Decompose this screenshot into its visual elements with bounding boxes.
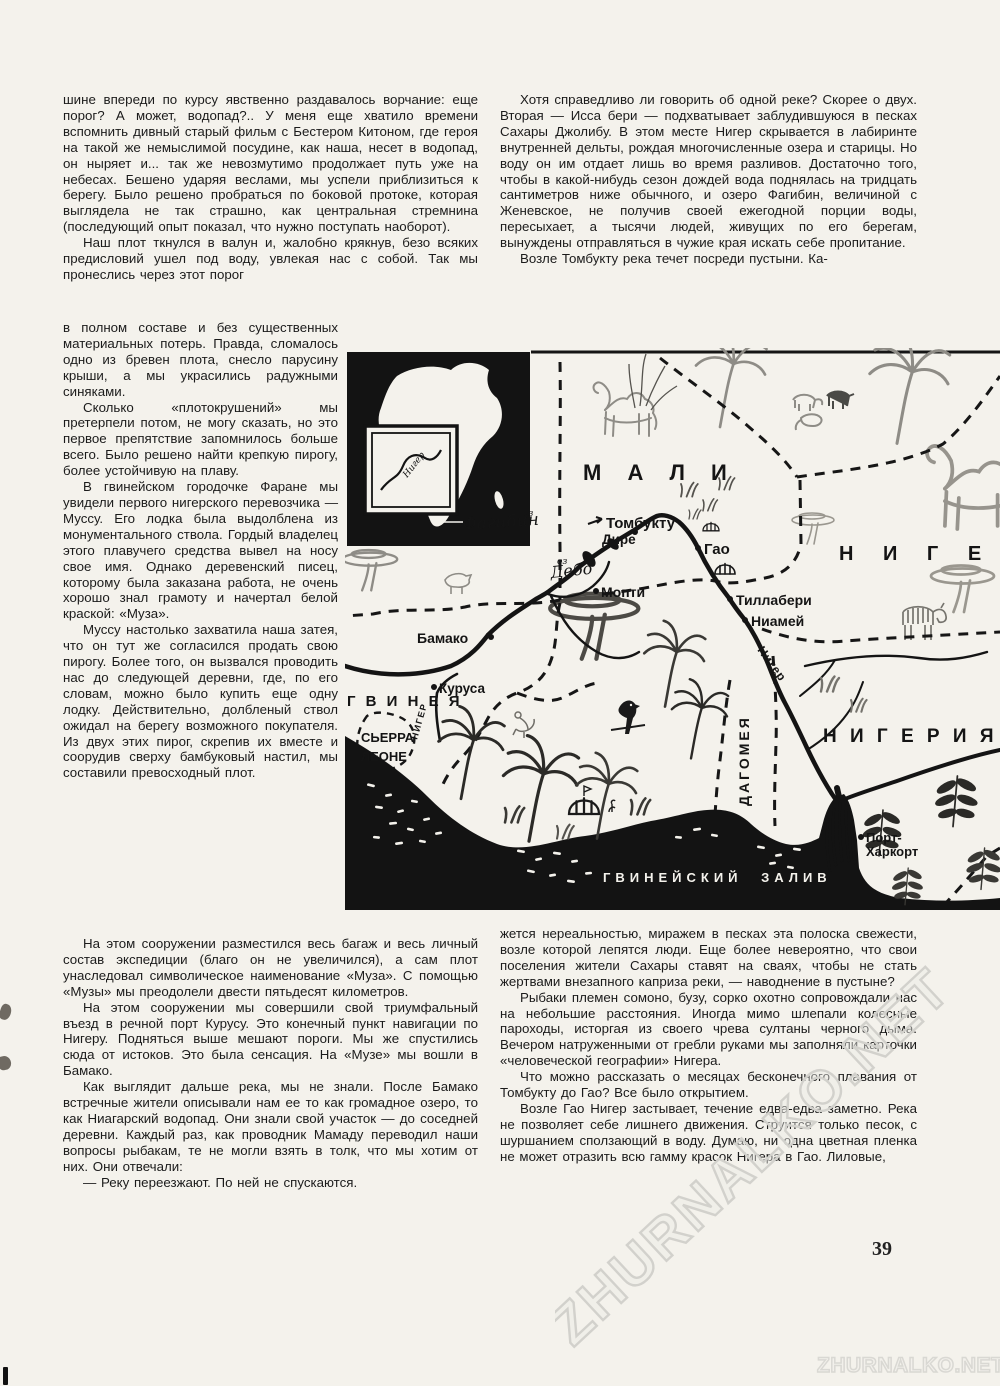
- timbuktu-arrow: [588, 517, 602, 524]
- large-camel-illustration: [927, 446, 1000, 529]
- paragraph: Что можно рассказать о месяцах бесконечн…: [500, 1069, 917, 1101]
- monkey-illustration: [513, 712, 534, 738]
- paragraph: Сколько «плотокрушений» мы претерпели по…: [63, 400, 338, 480]
- inset-highlight-frame: Нигер: [365, 426, 457, 514]
- map-label-nigeria: Н И Г Е Р И Я: [823, 726, 997, 747]
- map-label-timbuktu: Томбукту: [606, 515, 676, 532]
- map-label-mopti: Мопти: [601, 584, 645, 600]
- city-markers: [431, 529, 864, 840]
- scan-mark: [3, 1367, 8, 1385]
- map-label-port-harcourt-2: Харкорт: [866, 844, 918, 859]
- paragraph: Как выглядит дальше река, мы не знали. П…: [63, 1079, 478, 1174]
- left-column-bottom: На этом сооружении разместился весь бага…: [63, 936, 478, 1191]
- map-label-debo: Дебо: [548, 559, 593, 582]
- map-label-dahomey: ДАГОМЕЯ: [736, 715, 752, 806]
- map-label-kurusa: Куруса: [439, 681, 485, 696]
- niger-river-map: Нигер: [345, 348, 1000, 910]
- paragraph: Наш плот ткнулся в валун и, жалобно кряк…: [63, 235, 478, 283]
- paragraph: Хотя справедливо ли говорить об одной ре…: [500, 92, 917, 251]
- map-label-gulf-of-guinea: ГВИНЕЙСКИЙ ЗАЛИВ: [603, 870, 832, 885]
- scan-smudge: [0, 1003, 13, 1022]
- scan-smudge: [0, 1055, 12, 1071]
- paragraph: На этом сооружении разместился весь бага…: [63, 936, 478, 1000]
- map-label-tillaberi: Тиллабери: [736, 592, 812, 608]
- right-column-top: Хотя справедливо ли говорить об одной ре…: [500, 92, 917, 267]
- paragraph: Муссу настолько захватила наша затея, чт…: [63, 622, 338, 781]
- camel-illustration: [594, 382, 657, 436]
- paragraph: — Реку переезжают. По ней не спускаются.: [63, 1175, 478, 1191]
- zebra-illustration: [903, 603, 946, 640]
- paragraph: Возле Томбукту река течет посреди пустын…: [500, 251, 917, 267]
- paragraph: Возле Гао Нигер застывает, течение едва-…: [500, 1101, 917, 1165]
- map-label-sierra-leone-1: СЬЕРРА: [361, 730, 415, 745]
- wadi-marks: [629, 354, 735, 519]
- footer-watermark: ZHURNALKO.NET: [815, 1348, 1000, 1382]
- right-column-bottom: жется нереальностью, миражем в песках эт…: [500, 926, 917, 1165]
- map-label-sierra-leone-2: ЛЕОНЕ: [361, 749, 407, 764]
- map-label-bamako: Бамако: [417, 630, 468, 646]
- paragraph: в полном составе и без существенных мате…: [63, 320, 338, 400]
- parrot-illustration: [611, 701, 645, 734]
- map-label-niamey: Ниамей: [751, 613, 804, 629]
- left-column-narrow: в полном составе и без существенных мате…: [63, 320, 338, 781]
- page-number: 39: [872, 1238, 892, 1261]
- paragraph: На этом сооружении мы совершили свой три…: [63, 1000, 478, 1080]
- map-label-mali: М А Л И: [583, 460, 737, 485]
- map-label-dire: Дире: [602, 532, 636, 547]
- map-label-gao: Гао: [704, 541, 730, 558]
- map-label-niger-country: Н И Г Е Р: [839, 543, 1000, 565]
- paragraph: Рыбаки племен сомоно, бузу, сорко охотно…: [500, 990, 917, 1070]
- left-column-top: шине впереди по курсу явственно раздавал…: [63, 92, 478, 283]
- paragraph: жется нереальностью, миражем в песках эт…: [500, 926, 917, 990]
- warthog-illustration: [445, 574, 471, 594]
- cattle-illustration: [793, 392, 854, 431]
- paragraph: В гвинейском городочке Фаране мы увидели…: [63, 479, 338, 622]
- svg-text:ZHURNALKO.NET: ZHURNALKO.NET: [817, 1354, 1000, 1377]
- map-illustration: Нигер: [345, 348, 1000, 910]
- magazine-page: шине впереди по курсу явственно раздавал…: [0, 0, 1000, 1386]
- map-label-port-harcourt-1: Порт-: [866, 830, 902, 845]
- palm-grove-north: [696, 348, 950, 443]
- paragraph: шине впереди по курсу явственно раздавал…: [63, 92, 478, 235]
